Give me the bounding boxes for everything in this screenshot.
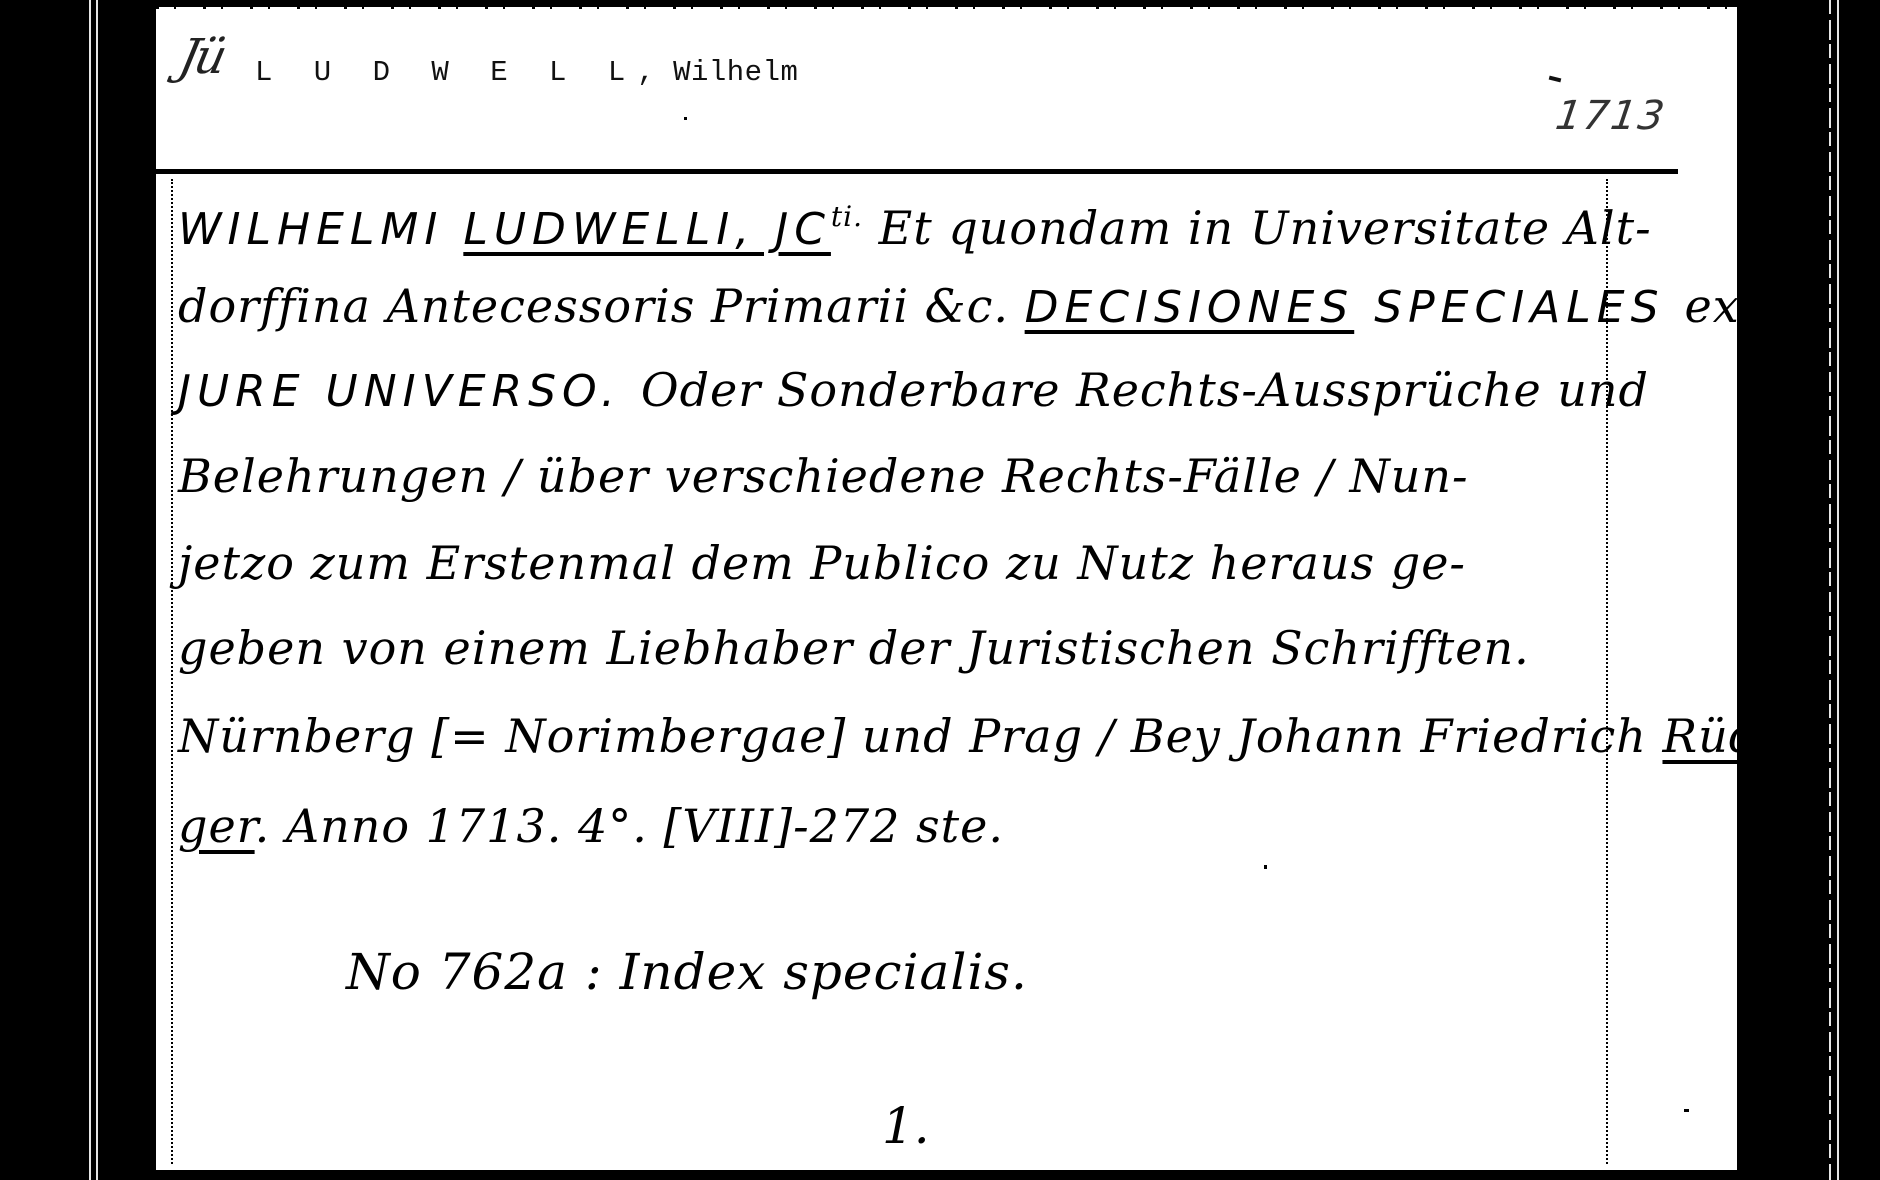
- scanner-edge-line-right-2: [1837, 0, 1839, 1180]
- scan-speck: [1684, 1109, 1689, 1112]
- entry-text-underlined: ger: [178, 799, 255, 853]
- entry-text-underlined: LUDWELLI, JC: [463, 204, 831, 255]
- entry-text: geben von einem Liebhaber der Juristisch…: [178, 621, 1530, 675]
- heading-separator: ,: [637, 56, 655, 89]
- author-surname: L U D W E L L: [255, 56, 637, 89]
- entry-superscript: ti.: [831, 200, 863, 233]
- pencil-mark: [1549, 76, 1562, 83]
- entry-text: ex: [1685, 279, 1738, 333]
- entry-text: JURE UNIVERSO.: [178, 366, 641, 417]
- entry-line-7: Nürnberg [= Norimbergae] und Prag / Bey …: [178, 713, 1737, 759]
- catalog-card: Jü L U D W E L L, Wilhelm 1713 WILHELMI …: [156, 7, 1737, 1170]
- scanner-edge-line-right-1: [1829, 0, 1831, 1180]
- entry-text: dorffina Antecessoris Primarii &c.: [178, 279, 1025, 333]
- left-margin-dotted-line: [171, 179, 173, 1164]
- entry-text: Et quondam in Universitate Alt-: [863, 201, 1652, 255]
- entry-line-4: Belehrungen / über verschiedene Rechts-F…: [178, 453, 1469, 499]
- entry-text: WILHELMI: [178, 204, 463, 255]
- scanner-edge-line-left-1: [89, 0, 91, 1180]
- entry-line-6: geben von einem Liebhaber der Juristisch…: [178, 625, 1530, 671]
- scan-speck: [684, 117, 687, 120]
- entry-line-3: JURE UNIVERSO. Oder Sonderbare Rechts-Au…: [178, 367, 1649, 414]
- entry-text: Oder Sonderbare Rechts-Aussprüche und: [641, 363, 1649, 417]
- entry-text: SPECIALES: [1354, 282, 1684, 333]
- entry-text: Belehrungen / über verschiedene Rechts-F…: [178, 449, 1469, 503]
- pencil-year-annotation: 1713: [1553, 93, 1669, 139]
- entry-text: . Anno 1713. 4°. [VIII]-272 ste.: [255, 799, 1004, 853]
- entry-line-2: dorffina Antecessoris Primarii &c. DECIS…: [178, 283, 1737, 330]
- index-note: No 762a : Index specialis.: [346, 947, 1028, 997]
- author-forename: Wilhelm: [673, 56, 798, 89]
- entry-line-5: jetzo zum Erstenmal dem Publico zu Nutz …: [178, 540, 1466, 586]
- card-page-number: 1.: [882, 1097, 930, 1155]
- initials-annotation: Jü: [174, 29, 228, 85]
- entry-text-underlined: Rüdi-: [1662, 709, 1737, 763]
- scanner-edge-line-left-2: [96, 0, 98, 1180]
- author-heading: L U D W E L L, Wilhelm: [255, 56, 798, 89]
- entry-text: jetzo zum Erstenmal dem Publico zu Nutz …: [178, 536, 1466, 590]
- entry-text: Nürnberg [= Norimbergae] und Prag / Bey …: [178, 709, 1662, 763]
- header-rule: [156, 169, 1678, 174]
- entry-text-underlined: DECISIONES: [1025, 282, 1355, 333]
- entry-line-8: ger. Anno 1713. 4°. [VIII]-272 ste.: [178, 803, 1004, 849]
- scan-speck: [1264, 865, 1267, 869]
- entry-line-1: WILHELMI LUDWELLI, JCti. Et quondam in U…: [178, 203, 1652, 252]
- card-header: Jü L U D W E L L, Wilhelm 1713: [156, 7, 1737, 169]
